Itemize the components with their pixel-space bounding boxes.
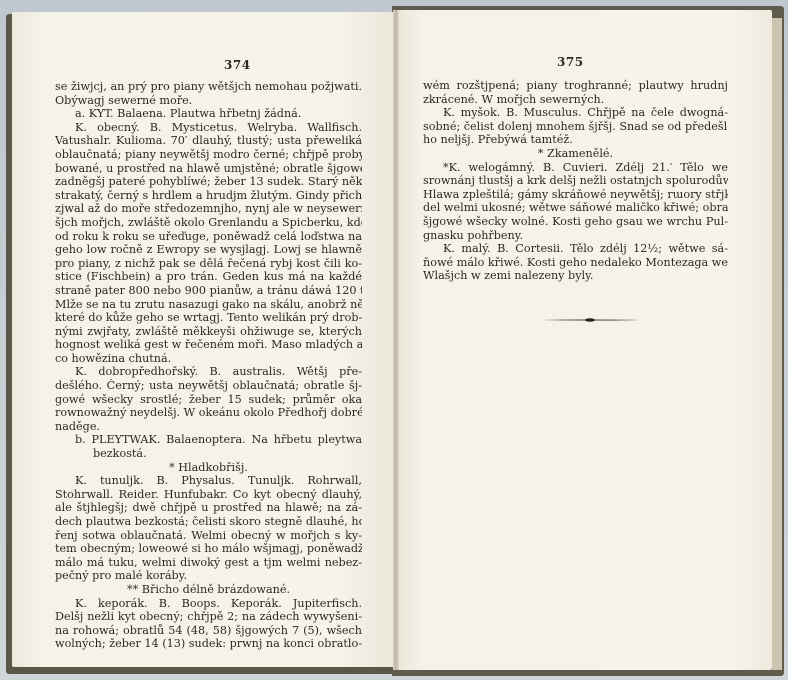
text-line: co howězina chutná.	[55, 352, 362, 366]
text-line: sobné; čelist dolenj mnohem šjřšj. Snad …	[423, 120, 728, 134]
text-line: gnasku pohřbeny.	[423, 229, 728, 243]
text-line: ňowé málo křiwé. Kosti geho nedaleko Mon…	[423, 256, 728, 270]
text-line: málo má tuku, welmi diwoký gest a tjm we…	[55, 556, 362, 570]
text-line: straně pater 800 nebo 900 pianůw, a trán…	[55, 284, 362, 298]
text-line: které do kůže geho se wrtagj. Tento weli…	[55, 311, 362, 325]
text-line: zjwal až do moře středozemnjho, nynj ale…	[55, 202, 362, 216]
text-line: stice (Fischbein) a pro trán. Geden kus …	[55, 270, 362, 284]
text-line: * Zkamenělé.	[423, 147, 728, 161]
text-line: Delšj nežli kyt obecný; chřjpě 2; na zád…	[55, 610, 362, 624]
text-line: K. keporák. B. Boops. Keporák. Jupiterfi…	[55, 597, 362, 611]
text-line: K. malý. B. Cortesii. Tělo zdélj 12½; wě…	[423, 242, 728, 256]
text-line: strakatý, černý s hrdlem a hrudjm žlutým…	[55, 189, 362, 203]
text-line: K. dobropředhořský. B. australis. Wětšj …	[55, 365, 362, 379]
text-line: Vatushalr. Kulioma. 70′ dlauhý, tlustý; …	[55, 134, 362, 148]
text-line: oblaučnatá; piany neywětšj modro černé; …	[55, 148, 362, 162]
text-line: a. KYT. Balaena. Plautwa hřbetnj žádná.	[55, 107, 362, 121]
text-line: rownowažný neydelšj. W okeánu okolo Před…	[55, 406, 362, 420]
text-line: od roku k roku se uřeďuge, poněwadž celá…	[55, 230, 362, 244]
text-line: pro piany, z nichž pak se dělá řečená ry…	[55, 257, 362, 271]
left-page-text: se žiwjcj, an prý pro piany wětšjch nemo…	[55, 80, 362, 651]
page-number-right: 375	[557, 55, 584, 69]
text-line: ho neljšj. Přebýwá tamtéž.	[423, 133, 728, 147]
text-line: K. myšok. B. Musculus. Chřjpě na čele dw…	[423, 106, 728, 120]
text-line: dešlého. Černý; usta neywětšj oblaučnatá…	[55, 379, 362, 393]
text-line: zadněgšj pateré pohyblíwé; žeber 13 sude…	[55, 175, 362, 189]
page-number-left: 374	[224, 58, 251, 72]
text-line: bowané, u prostřed na hlawě umjstěné; ob…	[55, 162, 362, 176]
text-line: bezkostá.	[55, 447, 362, 461]
text-line: wolných; žeber 14 (13) sudek: prwnj na k…	[55, 637, 362, 651]
text-line: Obýwagj sewerné moře.	[55, 94, 362, 108]
text-line: Stohrwall. Reider. Hunfubakr. Co kyt obe…	[55, 488, 362, 502]
text-line: *K. welogámný. B. Cuvieri. Zdélj 21.′ Tě…	[423, 161, 728, 175]
text-line: Hlawa zpleštilá; gámy skráňowé neywětšj;…	[423, 188, 728, 202]
text-line: zkrácené. W mořjch sewerných.	[423, 93, 728, 107]
text-line: šjgowé wšecky wolné. Kosti geho gsau we …	[423, 215, 728, 229]
text-line: gowé wšecky srostlé; žeber 15 sudek; prů…	[55, 393, 362, 407]
text-line: Mlže se na tu zrutu nasazugi gako na ská…	[55, 298, 362, 312]
text-line: pečný pro malé koráby.	[55, 569, 362, 583]
text-line: řenj sotwa oblaučnatá. Welmi obecný w mo…	[55, 529, 362, 543]
right-page-text: wém rozštjpená; piany troghranné; plautw…	[423, 79, 728, 283]
text-line: dech plautwa bezkostá; čelisti skoro ste…	[55, 515, 362, 529]
section-end-ornament-icon	[540, 318, 640, 322]
text-line: del welmi ukosné; wětwe sáňowé maličko k…	[423, 201, 728, 215]
text-line: naděge.	[55, 420, 362, 434]
book-gutter	[393, 10, 399, 670]
text-line: na rohowá; obratlů 54 (48, 58) šjgowých …	[55, 624, 362, 638]
text-line: ale štjhlegšj; dwě chřjpě u prostřed na …	[55, 501, 362, 515]
text-line: se žiwjcj, an prý pro piany wětšjch nemo…	[55, 80, 362, 94]
text-line: K. obecný. B. Mysticetus. Welryba. Wallf…	[55, 121, 362, 135]
text-line: ** Břicho délně brázdowané.	[55, 583, 362, 597]
text-line: tem obecným; loweowé si ho málo wšjmagj,…	[55, 542, 362, 556]
text-line: šjch mořjch, zwláště okolo Grenlandu a S…	[55, 216, 362, 230]
text-line: hognost weliká gest w řečeném moři. Maso…	[55, 338, 362, 352]
text-line: geho low ročně z Ewropy se wysjlagj. Low…	[55, 243, 362, 257]
text-line: srownánj tlustšj a krk delšj nežli ostat…	[423, 174, 728, 188]
text-line: Wlašjch w zemi nalezeny byly.	[423, 269, 728, 283]
text-line: b. PLEYTWAK. Balaenoptera. Na hřbetu ple…	[55, 433, 362, 447]
text-line: * Hladkobřišj.	[55, 461, 362, 475]
text-line: K. tunuljk. B. Physalus. Tunuljk. Rohrwa…	[55, 474, 362, 488]
text-line: nými zwjřaty, zwláště měkkeyši ohžiwuge …	[55, 325, 362, 339]
text-line: wém rozštjpená; piany troghranné; plautw…	[423, 79, 728, 93]
page-edges	[772, 18, 782, 670]
